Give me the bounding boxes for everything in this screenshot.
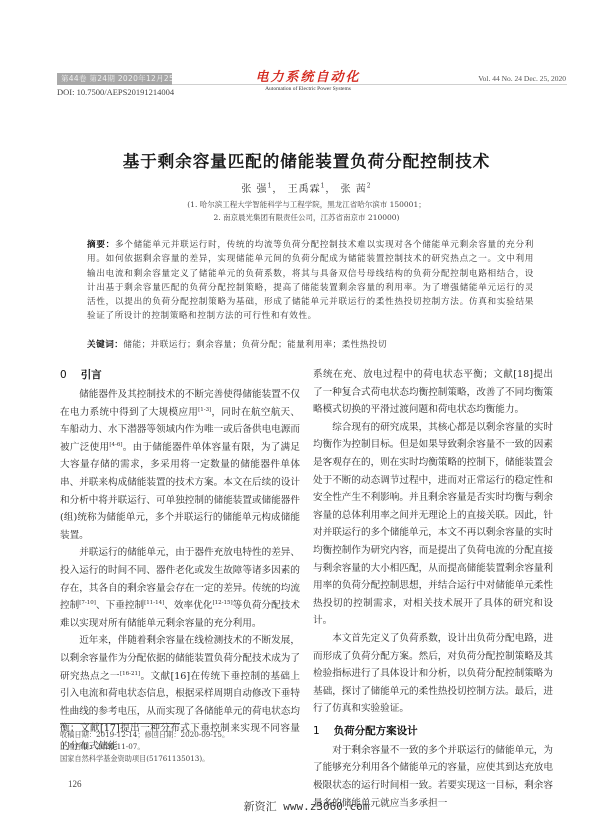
keywords-text: 储能；并联运行；剩余容量；负荷分配；能量利用率；柔性热投切	[123, 340, 387, 350]
paragraph-text: 、下垂控制	[96, 600, 144, 611]
watermark: 新资汇 www.z3060.com	[0, 798, 613, 814]
citation: [12-15]	[212, 600, 232, 606]
journal-name-en: Automation of Electric Power Systems	[228, 85, 388, 93]
footnote-funding: 国家自然科学基金资助项目(51761135013)。	[60, 753, 229, 765]
column-right: 系统在充、放电过程中的荷电状态平衡；文献[18]提出了一种复合式荷电状态均衡控制…	[313, 366, 553, 812]
citation: [7-10]	[79, 600, 96, 606]
volume-info: Vol. 44 No. 24 Dec. 25, 2020	[478, 74, 566, 83]
paragraph: 并联运行的储能单元，由于器件充放电特性的差异、投入运行的时间不同、器件老化或发生…	[60, 544, 300, 632]
footnote-online: 上网日期：2020-11-07。	[60, 741, 229, 753]
abstract-label: 摘要：	[87, 240, 115, 250]
paragraph: 储能器件及其控制技术的不断完善使得储能装置不仅在电力系统中得到了大规模应用[1-…	[60, 386, 300, 544]
affiliation: 2. 南京晨光集团有限责任公司，江苏省南京市 210000)	[0, 212, 613, 223]
section-title: 负荷分配方案设计	[334, 725, 418, 737]
footnote-rule	[60, 723, 180, 724]
citation: [4-6]	[109, 442, 122, 448]
author-list: 张 强1， 王禹霖1， 张 茜2	[0, 180, 613, 195]
author-affil: 1	[321, 183, 326, 190]
keywords: 关键词：储能；并联运行；剩余容量；负荷分配；能量利用率；柔性热投切	[87, 338, 534, 350]
abstract-text: 多个储能单元并联运行时，传统的均流等负荷分配控制技术难以实现对各个储能单元剩余容…	[87, 240, 534, 321]
affiliation: (1. 哈尔滨工程大学智能科学与工程学院，黑龙江省哈尔滨市 150001；	[0, 199, 613, 210]
section-number: 1	[313, 725, 320, 737]
section-heading: 0引言	[60, 366, 300, 384]
section-title: 引言	[81, 369, 102, 381]
journal-name-cn: 电力系统自动化	[228, 71, 388, 85]
section-heading: 1负荷分配方案设计	[313, 722, 553, 740]
keywords-label: 关键词：	[87, 340, 123, 350]
author: 王禹霖	[288, 184, 321, 195]
page-number: 126	[68, 779, 82, 789]
author: 张 茜	[341, 184, 367, 195]
footnote-received: 收稿日期：2019-12-14；修回日期：2020-09-15。	[60, 729, 229, 741]
journal-logo: 电力系统自动化 Automation of Electric Power Sys…	[228, 71, 388, 93]
paragraph: 综合现有的研究成果，其核心都是以剩余容量的实时均衡作为控制目标。但是如果导致剩余…	[313, 419, 553, 630]
column-left: 0引言 储能器件及其控制技术的不断完善使得储能装置不仅在电力系统中得到了大规模应…	[60, 366, 300, 755]
paragraph-text: 、效率优化	[164, 600, 212, 611]
author: 张 强	[241, 184, 267, 195]
citation: [16-21]	[120, 670, 140, 676]
abstract: 摘要：多个储能单元并联运行时，传统的均流等负荷分配控制技术难以实现对各个储能单元…	[87, 238, 534, 324]
paragraph: 系统在充、放电过程中的荷电状态平衡；文献[18]提出了一种复合式荷电状态均衡控制…	[313, 366, 553, 419]
section-number: 0	[60, 369, 67, 381]
footnotes: 收稿日期：2019-12-14；修回日期：2020-09-15。 上网日期：20…	[60, 729, 229, 765]
paragraph: 本文首先定义了负荷系数，设计出负荷分配电路，进而形成了负荷分配方案。然后，对负荷…	[313, 630, 553, 718]
paper-title: 基于剩余容量匹配的储能装置负荷分配控制技术	[0, 148, 613, 172]
citation: [11-14]	[144, 600, 164, 606]
citation: [1-3]	[198, 406, 211, 412]
issue-bar: 第44卷 第24期 2020年12月25日	[57, 73, 172, 85]
paragraph-text: 。由于储能器件单体容量有限，为了满足大容量存储的需求，多采用将一定数量的储能器件…	[60, 442, 300, 541]
author-affil: 1	[268, 183, 273, 190]
doi: DOI: 10.7500/AEPS20191214004	[57, 87, 174, 97]
author-affil: 2	[367, 183, 372, 190]
